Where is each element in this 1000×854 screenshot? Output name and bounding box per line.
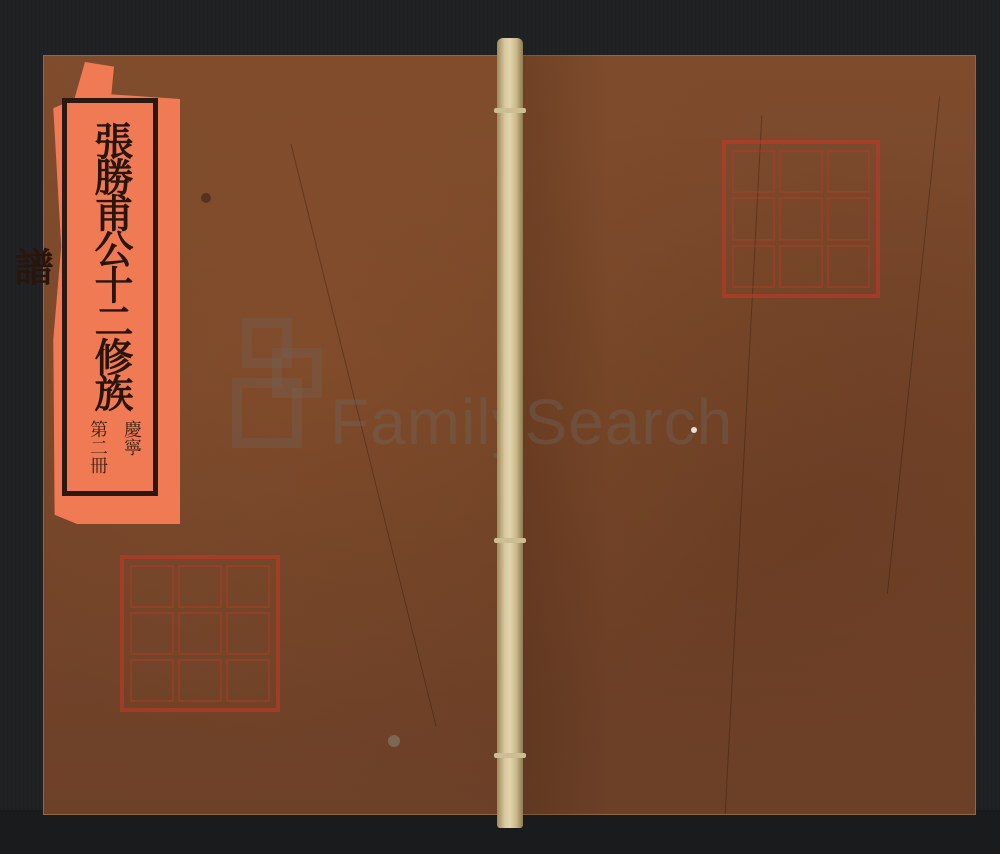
stain [388,735,400,747]
familysearch-logo-icon [232,318,332,458]
watermark-text: FamilySearch [330,385,733,459]
label-volume: 第二冊 [84,420,110,474]
stain [201,193,211,203]
book-spine [497,38,523,828]
seal-stamp-bottom-left [120,555,280,712]
label-subtitle-right: 慶寧 [118,420,144,456]
binding-thread [494,753,526,758]
binding-thread [494,108,526,113]
book-title: 張勝甫公十二修族譜 [70,106,150,424]
binding-thread [494,538,526,543]
seal-stamp-top-right [722,140,880,298]
